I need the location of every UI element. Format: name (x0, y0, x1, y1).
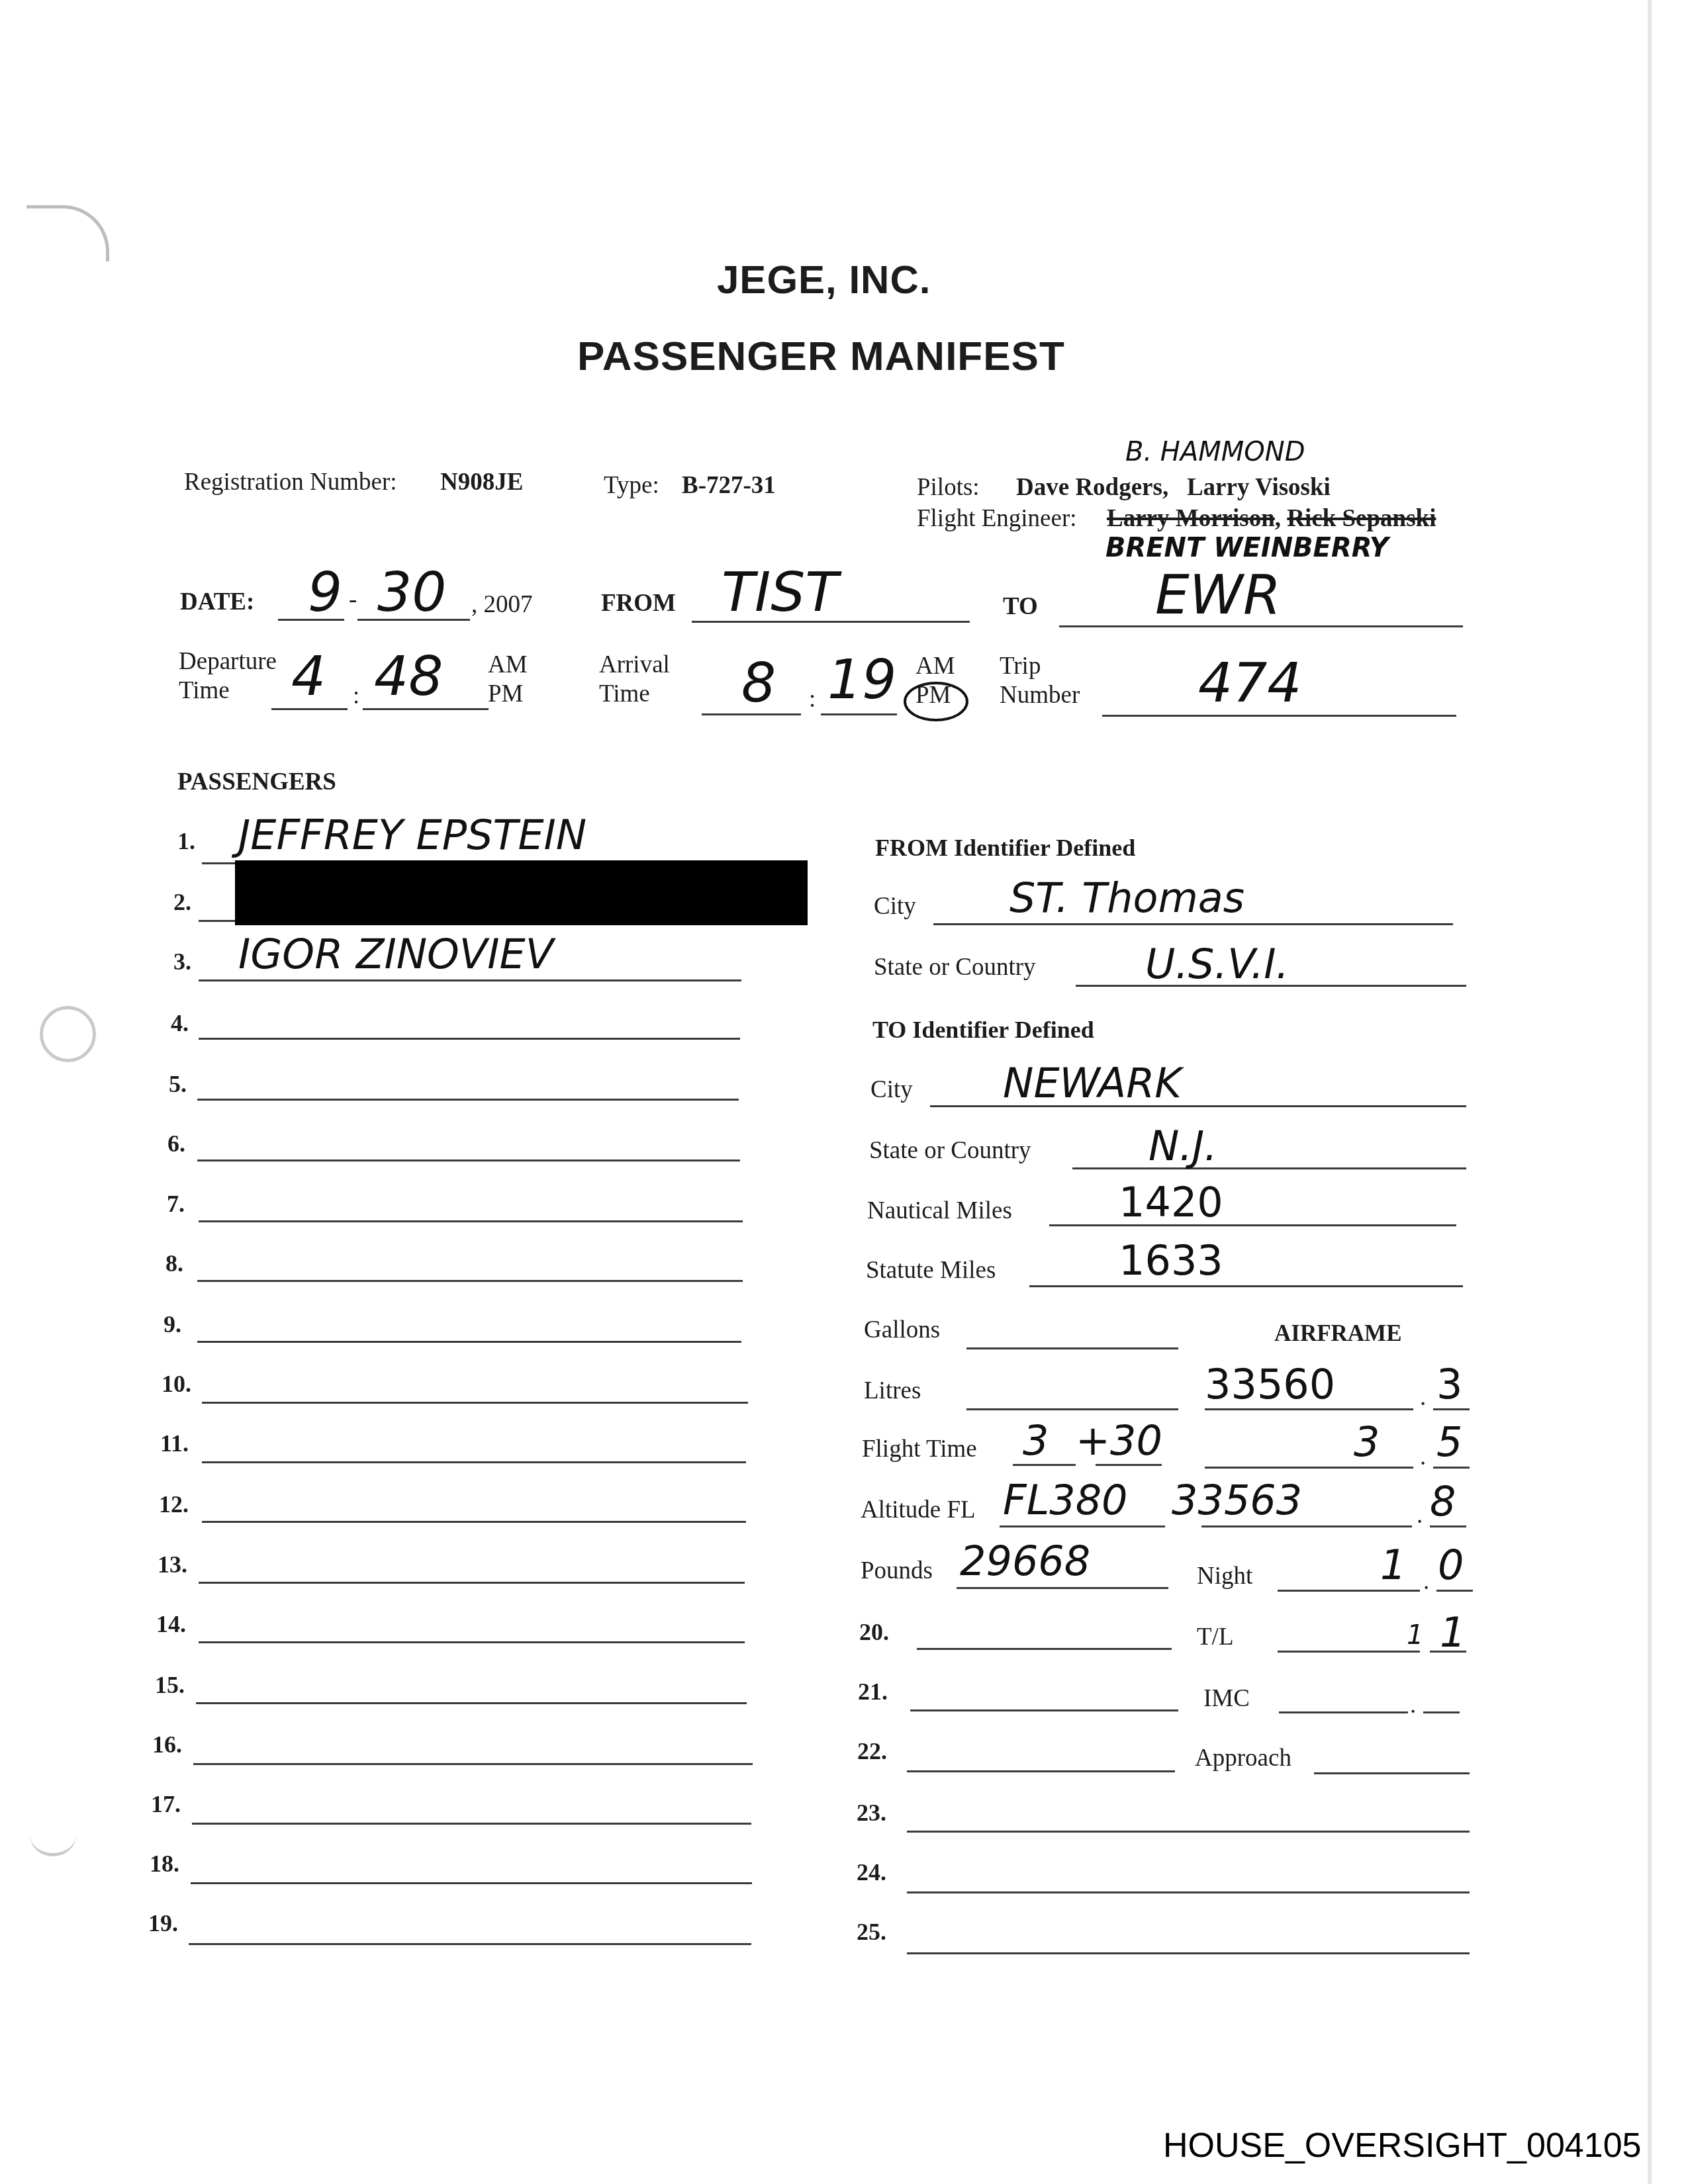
night-decimal-line (1436, 1590, 1473, 1592)
passenger-line-10[interactable] (202, 1402, 748, 1404)
imc-dot: . (1410, 1691, 1416, 1719)
pilot-handwritten-addition: B. HAMMOND (1125, 437, 1305, 467)
arrival-hour-value: 8 (741, 652, 776, 715)
passenger-num-13: 13. (158, 1551, 187, 1578)
from-label: FROM (601, 589, 676, 617)
pounds-label: Pounds (861, 1557, 933, 1585)
airframe-before-dot: . (1420, 1383, 1426, 1412)
passenger-num-6: 6. (167, 1130, 185, 1158)
page-edge-shadow (1648, 0, 1652, 2184)
trip-label-line1: Trip (1000, 652, 1080, 681)
imc-decimal-line[interactable] (1423, 1711, 1460, 1713)
passenger-line-18[interactable] (191, 1882, 752, 1884)
company-name: JEGE, INC. (717, 257, 931, 302)
form-title: PASSENGER MANIFEST (577, 333, 1065, 380)
departure-am: AM (488, 651, 528, 680)
tl-label: T/L (1197, 1623, 1233, 1651)
departure-minute-value: 48 (374, 645, 443, 708)
to-state-label: State or Country (869, 1136, 1031, 1165)
night-label: Night (1197, 1562, 1252, 1590)
passenger-line-12[interactable] (202, 1521, 746, 1523)
departure-hour-line (271, 708, 348, 710)
passenger-num-9: 9. (164, 1310, 181, 1338)
airframe-before-line (1205, 1408, 1413, 1410)
litres-line[interactable] (966, 1408, 1178, 1410)
passenger-num-19: 19. (148, 1909, 178, 1937)
passenger-line-20[interactable] (917, 1648, 1172, 1650)
airframe-before-value[interactable]: 33560 (1205, 1360, 1335, 1408)
departure-hour-value: 4 (291, 645, 326, 708)
passenger-line-16[interactable] (193, 1763, 753, 1765)
passenger-line-7[interactable] (199, 1220, 743, 1222)
airframe-heading: AIRFRAME (1274, 1320, 1401, 1347)
night-line (1278, 1590, 1420, 1592)
passengers-heading: PASSENGERS (177, 768, 336, 796)
gallons-label: Gallons (864, 1316, 940, 1344)
pounds-line (957, 1587, 1168, 1589)
to-state-value[interactable]: N.J. (1149, 1122, 1217, 1170)
passenger-name-3[interactable]: IGOR ZINOVIEV (238, 930, 553, 978)
punch-hole-arc-top (26, 205, 109, 261)
passenger-num-4: 4. (171, 1009, 189, 1037)
passenger-line-6[interactable] (197, 1160, 740, 1161)
from-value: TIST (722, 561, 838, 624)
passenger-num-1: 1. (177, 827, 195, 855)
airframe-added-dot: . (1420, 1443, 1426, 1471)
passenger-line-8[interactable] (197, 1280, 743, 1282)
altitude-label: Altitude FL (861, 1496, 976, 1524)
passenger-num-5: 5. (169, 1070, 187, 1098)
imc-label: IMC (1203, 1684, 1250, 1713)
statute-miles-line (1029, 1285, 1463, 1287)
night-decimal[interactable]: 0 (1438, 1541, 1464, 1589)
pm-selection-circle (904, 682, 968, 721)
flight-time-minutes[interactable]: +30 (1076, 1416, 1162, 1465)
passenger-line-4[interactable] (199, 1038, 740, 1040)
arrival-label-line1: Arrival (599, 651, 670, 680)
passenger-line-17[interactable] (192, 1823, 751, 1825)
passenger-line-24[interactable] (907, 1891, 1470, 1893)
passenger-line-14[interactable] (199, 1641, 745, 1643)
passenger-num-16: 16. (152, 1731, 182, 1758)
passenger-name-1[interactable]: JEFFREY EPSTEIN (238, 811, 586, 859)
tl-line (1278, 1651, 1420, 1653)
passenger-line-2 (199, 920, 238, 922)
night-dot: . (1423, 1567, 1429, 1596)
passenger-num-22: 22. (857, 1737, 887, 1765)
airframe-before-decimal[interactable]: 3 (1436, 1360, 1462, 1408)
passenger-num-20: 20. (859, 1618, 889, 1646)
registration-value: N908JE (440, 468, 523, 496)
from-identifier-heading: FROM Identifier Defined (875, 834, 1135, 862)
passenger-num-18: 18. (150, 1850, 179, 1878)
tl-decimal[interactable]: 1 (1440, 1608, 1466, 1657)
passenger-num-24: 24. (857, 1858, 886, 1886)
approach-label: Approach (1195, 1744, 1291, 1772)
airframe-after-decimal[interactable]: 8 (1430, 1477, 1456, 1525)
imc-line[interactable] (1279, 1711, 1408, 1713)
arrival-minute-value: 19 (827, 649, 896, 711)
from-city-label: City (874, 892, 916, 921)
date-year: , 2007 (471, 590, 533, 619)
airframe-after-decimal-line (1430, 1525, 1466, 1527)
date-dash: - (349, 586, 357, 614)
from-city-line (933, 923, 1453, 925)
type-value: B-727-31 (682, 471, 776, 500)
passenger-num-14: 14. (156, 1610, 186, 1638)
departure-ampm: AM PM (488, 651, 528, 709)
pounds-value[interactable]: 29668 (960, 1537, 1090, 1585)
struck-engineer-2: Rick Sepanski (1287, 505, 1436, 532)
airframe-added-decimal-line (1433, 1467, 1470, 1469)
flight-engineer-label: Flight Engineer: (917, 504, 1077, 533)
departure-label-line1: Departure (179, 647, 277, 676)
punch-hole-bottom (30, 1813, 76, 1856)
passenger-num-21: 21. (858, 1678, 888, 1706)
departure-colon: : (353, 682, 359, 710)
passenger-line-9[interactable] (197, 1341, 741, 1343)
punch-hole-middle (40, 1006, 96, 1062)
passenger-num-10: 10. (162, 1370, 191, 1398)
litres-label: Litres (864, 1377, 921, 1405)
airframe-added-decimal[interactable]: 5 (1436, 1418, 1462, 1466)
passenger-line-11[interactable] (202, 1461, 746, 1463)
nautical-miles-label: Nautical Miles (867, 1197, 1012, 1225)
passenger-line-22[interactable] (907, 1770, 1175, 1772)
trip-label-line2: Number (1000, 681, 1080, 710)
nautical-miles-line (1049, 1224, 1456, 1226)
date-month-value: 9 (308, 561, 342, 624)
to-city-label: City (870, 1075, 913, 1104)
trip-number-label: Trip Number (1000, 652, 1080, 710)
arrival-colon: : (809, 685, 816, 713)
altitude-line (1000, 1525, 1165, 1527)
altitude-value[interactable]: FL380 (1003, 1476, 1128, 1524)
passenger-num-7: 7. (167, 1190, 185, 1218)
arrival-time-label: Arrival Time (599, 651, 670, 709)
struck-engineer-1: Larry Morrison (1107, 505, 1275, 532)
airframe-added-value[interactable]: 3 (1354, 1418, 1380, 1466)
passenger-num-8: 8. (165, 1250, 183, 1277)
departure-minute-line (363, 708, 489, 710)
arrival-am: AM (915, 652, 955, 681)
gallons-line[interactable] (966, 1347, 1178, 1349)
passenger-num-15: 15. (155, 1671, 185, 1699)
passenger-line-3 (199, 979, 741, 981)
date-label: DATE: (180, 588, 254, 616)
to-identifier-heading: TO Identifier Defined (872, 1016, 1094, 1044)
passenger-num-17: 17. (151, 1790, 181, 1818)
arrival-label-line2: Time (599, 680, 670, 709)
flight-engineer-struck-names: Larry Morrison, Rick Sepanski (1107, 504, 1436, 533)
pilots-label: Pilots: (917, 473, 980, 502)
redaction-box (235, 860, 808, 925)
passenger-num-2: 2. (173, 888, 191, 916)
to-city-value[interactable]: NEWARK (1003, 1059, 1182, 1107)
pilots-value: Dave Rodgers, Larry Visoski (1016, 473, 1331, 502)
trip-number-value: 474 (1198, 652, 1302, 715)
statute-miles-label: Statute Miles (866, 1256, 996, 1285)
to-value: EWR (1155, 564, 1281, 627)
airframe-after-dot: . (1417, 1501, 1423, 1529)
tl-value[interactable]: 1 (1407, 1620, 1423, 1651)
passenger-line-21[interactable] (910, 1709, 1178, 1711)
trip-number-line (1102, 715, 1456, 717)
passenger-line-25[interactable] (907, 1952, 1470, 1954)
departure-label-line2: Time (179, 676, 277, 705)
bates-number: HOUSE_OVERSIGHT_004105 (1163, 2126, 1642, 2165)
airframe-after-line (1201, 1525, 1412, 1527)
from-state-label: State or Country (874, 953, 1036, 981)
from-city-value[interactable]: ST. Thomas (1009, 874, 1244, 922)
airframe-after-value[interactable]: 33563 (1172, 1476, 1302, 1524)
passenger-line-13[interactable] (199, 1582, 745, 1584)
flight-engineer-handwritten: BRENT WEINBERRY (1105, 533, 1389, 563)
passenger-num-12: 12. (159, 1490, 189, 1518)
passenger-num-11: 11. (160, 1430, 189, 1457)
nautical-miles-value[interactable]: 1420 (1119, 1178, 1223, 1226)
passenger-num-25: 25. (857, 1918, 886, 1946)
to-label: TO (1003, 592, 1038, 621)
night-value[interactable]: 1 (1380, 1541, 1406, 1589)
to-state-line (1072, 1167, 1466, 1169)
passenger-line-23[interactable] (907, 1831, 1470, 1833)
flight-time-label: Flight Time (862, 1435, 977, 1463)
from-state-value[interactable]: U.S.V.I. (1145, 940, 1289, 988)
arrival-minute-line (821, 713, 897, 715)
passenger-num-3: 3. (173, 948, 191, 976)
statute-miles-value[interactable]: 1633 (1119, 1236, 1223, 1285)
approach-line[interactable] (1314, 1772, 1470, 1774)
type-label: Type: (604, 471, 659, 500)
date-day-value: 30 (377, 561, 446, 624)
passenger-line-15[interactable] (196, 1702, 747, 1704)
registration-label: Registration Number: (184, 468, 397, 496)
airframe-before-decimal-line (1433, 1408, 1470, 1410)
passenger-line-5[interactable] (197, 1099, 739, 1101)
passenger-line-19[interactable] (189, 1943, 751, 1945)
flight-time-hours[interactable]: 3 (1023, 1416, 1049, 1465)
departure-pm: PM (488, 680, 528, 709)
airframe-added-line (1205, 1467, 1413, 1469)
departure-time-label: Departure Time (179, 647, 277, 705)
passenger-num-23: 23. (857, 1799, 886, 1827)
